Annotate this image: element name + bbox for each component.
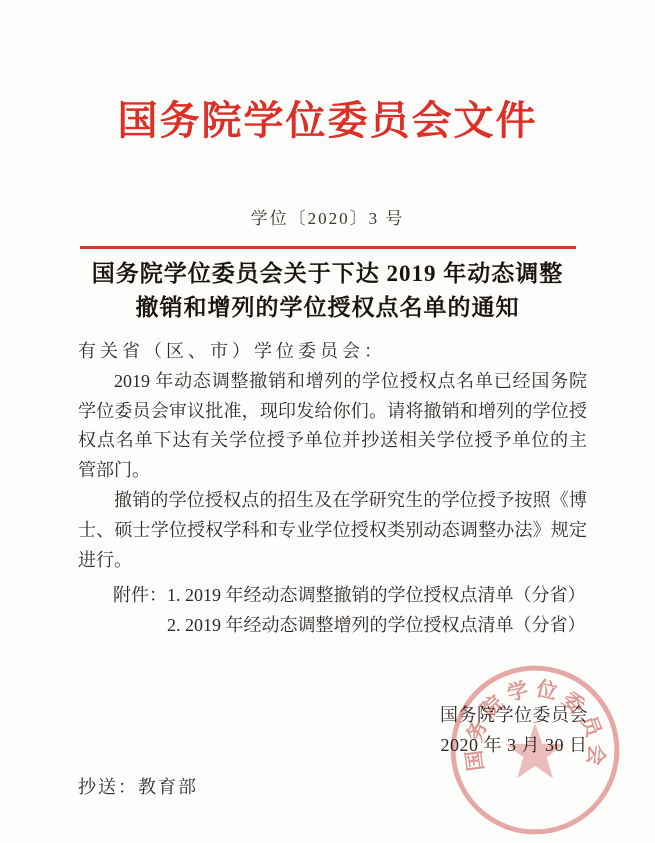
red-divider [80, 246, 576, 249]
paragraph-line: 士、硕士学位授权学科和专业学位授权类别动态调整办法》规定 [78, 516, 587, 546]
paragraph-line: 进行。 [78, 546, 587, 576]
paragraph-line: 撤销的学位授权点的招生及在学研究生的学位授予按照《博 [78, 486, 587, 516]
paragraph-line: 管部门。 [78, 456, 587, 486]
cc-line: 抄送：教育部 [0, 773, 655, 803]
notice-title-line2: 撤销和增列的学位授权点名单的通知 [0, 291, 655, 325]
paragraph-line: 2019 年动态调整撤销和增列的学位授权点名单已经国务院 [78, 367, 587, 397]
document-body: 有关省（区、市）学位委员会： 2019 年动态调整撤销和增列的学位授权点名单已经… [0, 337, 655, 641]
paragraph-line: 权点名单下达有关学位授予单位并抄送相关学位授予单位的主 [78, 426, 587, 456]
signature-date: 2020 年 3 月 30 日 [440, 731, 588, 761]
salutation: 有关省（区、市）学位委员会： [78, 337, 587, 367]
paragraph-line: 学位委员会审议批准，现印发给你们。请将撤销和增列的学位授 [78, 397, 587, 427]
letterhead-title: 国务院学位委员会文件 [0, 0, 655, 146]
attachment-label: 附件： [113, 581, 167, 641]
attachment-item: 1. 2019 年经动态调整撤销的学位授权点清单（分省） [167, 581, 586, 611]
document-page: 国务院学位委员会文件 学位〔2020〕3 号 国务院学位委员会关于下达 2019… [0, 0, 655, 843]
document-number: 学位〔2020〕3 号 [0, 206, 655, 231]
paragraph-1: 2019 年动态调整撤销和增列的学位授权点名单已经国务院 学位委员会审议批准，现… [78, 367, 587, 486]
paragraph-2: 撤销的学位授权点的招生及在学研究生的学位授予按照《博 士、硕士学位授权学科和专业… [78, 486, 587, 575]
notice-title: 国务院学位委员会关于下达 2019 年动态调整 撤销和增列的学位授权点名单的通知 [0, 257, 655, 325]
notice-title-line1: 国务院学位委员会关于下达 2019 年动态调整 [0, 257, 655, 291]
attachment-item: 2. 2019 年经动态调整增列的学位授权点清单（分省） [167, 611, 586, 641]
signature-block: 国务院学位委员会 2020 年 3 月 30 日 [440, 701, 588, 761]
attachment-items: 1. 2019 年经动态调整撤销的学位授权点清单（分省） 2. 2019 年经动… [167, 581, 586, 641]
signature-org: 国务院学位委员会 [440, 701, 588, 731]
attachment-list: 附件： 1. 2019 年经动态调整撤销的学位授权点清单（分省） 2. 2019… [78, 581, 587, 641]
